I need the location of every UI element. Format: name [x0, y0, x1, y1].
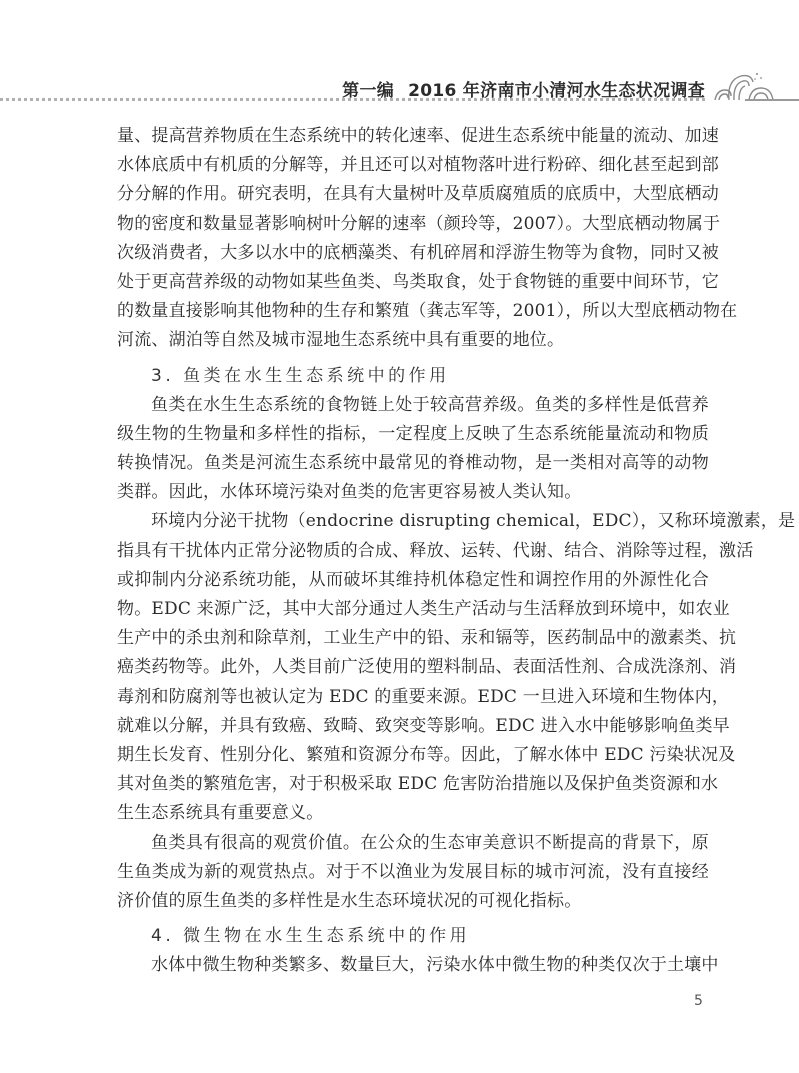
- running-header: 第一编2016 年济南市小清河水生态状况调查: [0, 0, 799, 110]
- section-heading-microbes: 4. 微生物在水生生态系统中的作用: [117, 922, 709, 951]
- text-line: 量、提高营养物质在生态系统中的转化速率、促进生态系统中能量的流动、加速: [117, 122, 709, 151]
- body-text: 量、提高营养物质在生态系统中的转化速率、促进生态系统中能量的流动、加速 水体底质…: [117, 122, 709, 980]
- text-line: 级生物的生物量和多样性的指标，一定程度上反映了生态系统能量流动和物质: [117, 420, 709, 449]
- text-line: 期生长发育、性别分化、繁殖和资源分布等。因此，了解水体中 EDC 污染状况及: [117, 741, 709, 770]
- text-line: 生鱼类成为新的观赏热点。对于不以渔业为发展目标的城市河流，没有直接经: [117, 858, 709, 887]
- text-line: 癌类药物等。此外，人类目前广泛使用的塑料制品、表面活性剂、合成洗涤剂、消: [117, 653, 709, 682]
- text-line: 生产中的杀虫剂和除草剂，工业生产中的铅、汞和镉等，医药制品中的激素类、抗: [117, 624, 709, 653]
- text-line: 处于更高营养级的动物如某些鱼类、鸟类取食，处于食物链的重要中间环节，它: [117, 268, 709, 297]
- text-line: 毒剂和防腐剂等也被认定为 EDC 的重要来源。EDC 一旦进入环境和生物体内，: [117, 683, 709, 712]
- text-line: 河流、湖泊等自然及城市湿地生态系统中具有重要的地位。: [117, 326, 709, 355]
- text-line: 生生态系统具有重要意义。: [117, 799, 709, 828]
- paragraph-fish-trophic: 鱼类在水生生态系统的食物链上处于较高营养级。鱼类的多样性是低营养 级生物的生物量…: [117, 391, 709, 508]
- text-line: 其对鱼类的繁殖危害，对于积极采取 EDC 危害防治措施以及保护鱼类资源和水: [117, 770, 709, 799]
- paragraph-edc: 环境内分泌干扰物（endocrine disrupting chemical，E…: [117, 507, 709, 828]
- text-line: 环境内分泌干扰物（endocrine disrupting chemical，E…: [117, 507, 709, 536]
- text-line: 鱼类具有很高的观赏价值。在公众的生态审美意识不断提高的背景下，原: [117, 829, 709, 858]
- header-dotted-rule: [0, 98, 705, 101]
- text-line: 转换情况。鱼类是河流生态系统中最常见的脊椎动物，是一类相对高等的动物: [117, 449, 709, 478]
- section-heading-fish: 3. 鱼类在水生生态系统中的作用: [117, 362, 709, 391]
- text-line: 水体中微生物种类繁多、数量巨大，污染水体中微生物的种类仅次于土壤中: [117, 951, 709, 980]
- text-line: 次级消费者，大多以水中的底栖藻类、有机碎屑和浮游生物等为食物，同时又被: [117, 239, 709, 268]
- text-line: 鱼类在水生生态系统的食物链上处于较高营养级。鱼类的多样性是低营养: [117, 391, 709, 420]
- text-line: 就难以分解，并具有致癌、致畸、致突变等影响。EDC 进入水中能够影响鱼类早: [117, 712, 709, 741]
- text-line: 物的密度和数量显著影响树叶分解的速率（颜玲等，2007）。大型底栖动物属于: [117, 210, 709, 239]
- paragraph-microbes: 水体中微生物种类繁多、数量巨大，污染水体中微生物的种类仅次于土壤中: [117, 951, 709, 980]
- text-line: 水体底质中有机质的分解等，并且还可以对植物落叶进行粉碎、细化甚至起到部: [117, 151, 709, 180]
- header-solid-rule: [745, 99, 799, 101]
- paragraph-benthos: 量、提高营养物质在生态系统中的转化速率、促进生态系统中能量的流动、加速 水体底质…: [117, 122, 709, 356]
- text-line: 济价值的原生鱼类的多样性是水生态环境状况的可视化指标。: [117, 887, 709, 916]
- page-number: 5: [694, 993, 703, 1009]
- text-line: 分分解的作用。研究表明，在具有大量树叶及草质腐殖质的底质中，大型底栖动: [117, 180, 709, 209]
- paragraph-ornamental-value: 鱼类具有很高的观赏价值。在公众的生态审美意识不断提高的背景下，原 生鱼类成为新的…: [117, 829, 709, 917]
- text-line: 类群。因此，水体环境污染对鱼类的危害更容易被人类认知。: [117, 478, 709, 507]
- text-line: 或抑制内分泌系统功能，从而破坏其维持机体稳定性和调控作用的外源性化合: [117, 566, 709, 595]
- wave-ornament-icon: [705, 66, 775, 102]
- text-line: 的数量直接影响其他物种的生存和繁殖（龚志军等，2001），所以大型底栖动物在: [117, 297, 709, 326]
- text-line: 物。EDC 来源广泛，其中大部分通过人类生产活动与生活释放到环境中，如农业: [117, 595, 709, 624]
- text-line: 指具有干扰体内正常分泌物质的合成、释放、运转、代谢、结合、消除等过程，激活: [117, 537, 709, 566]
